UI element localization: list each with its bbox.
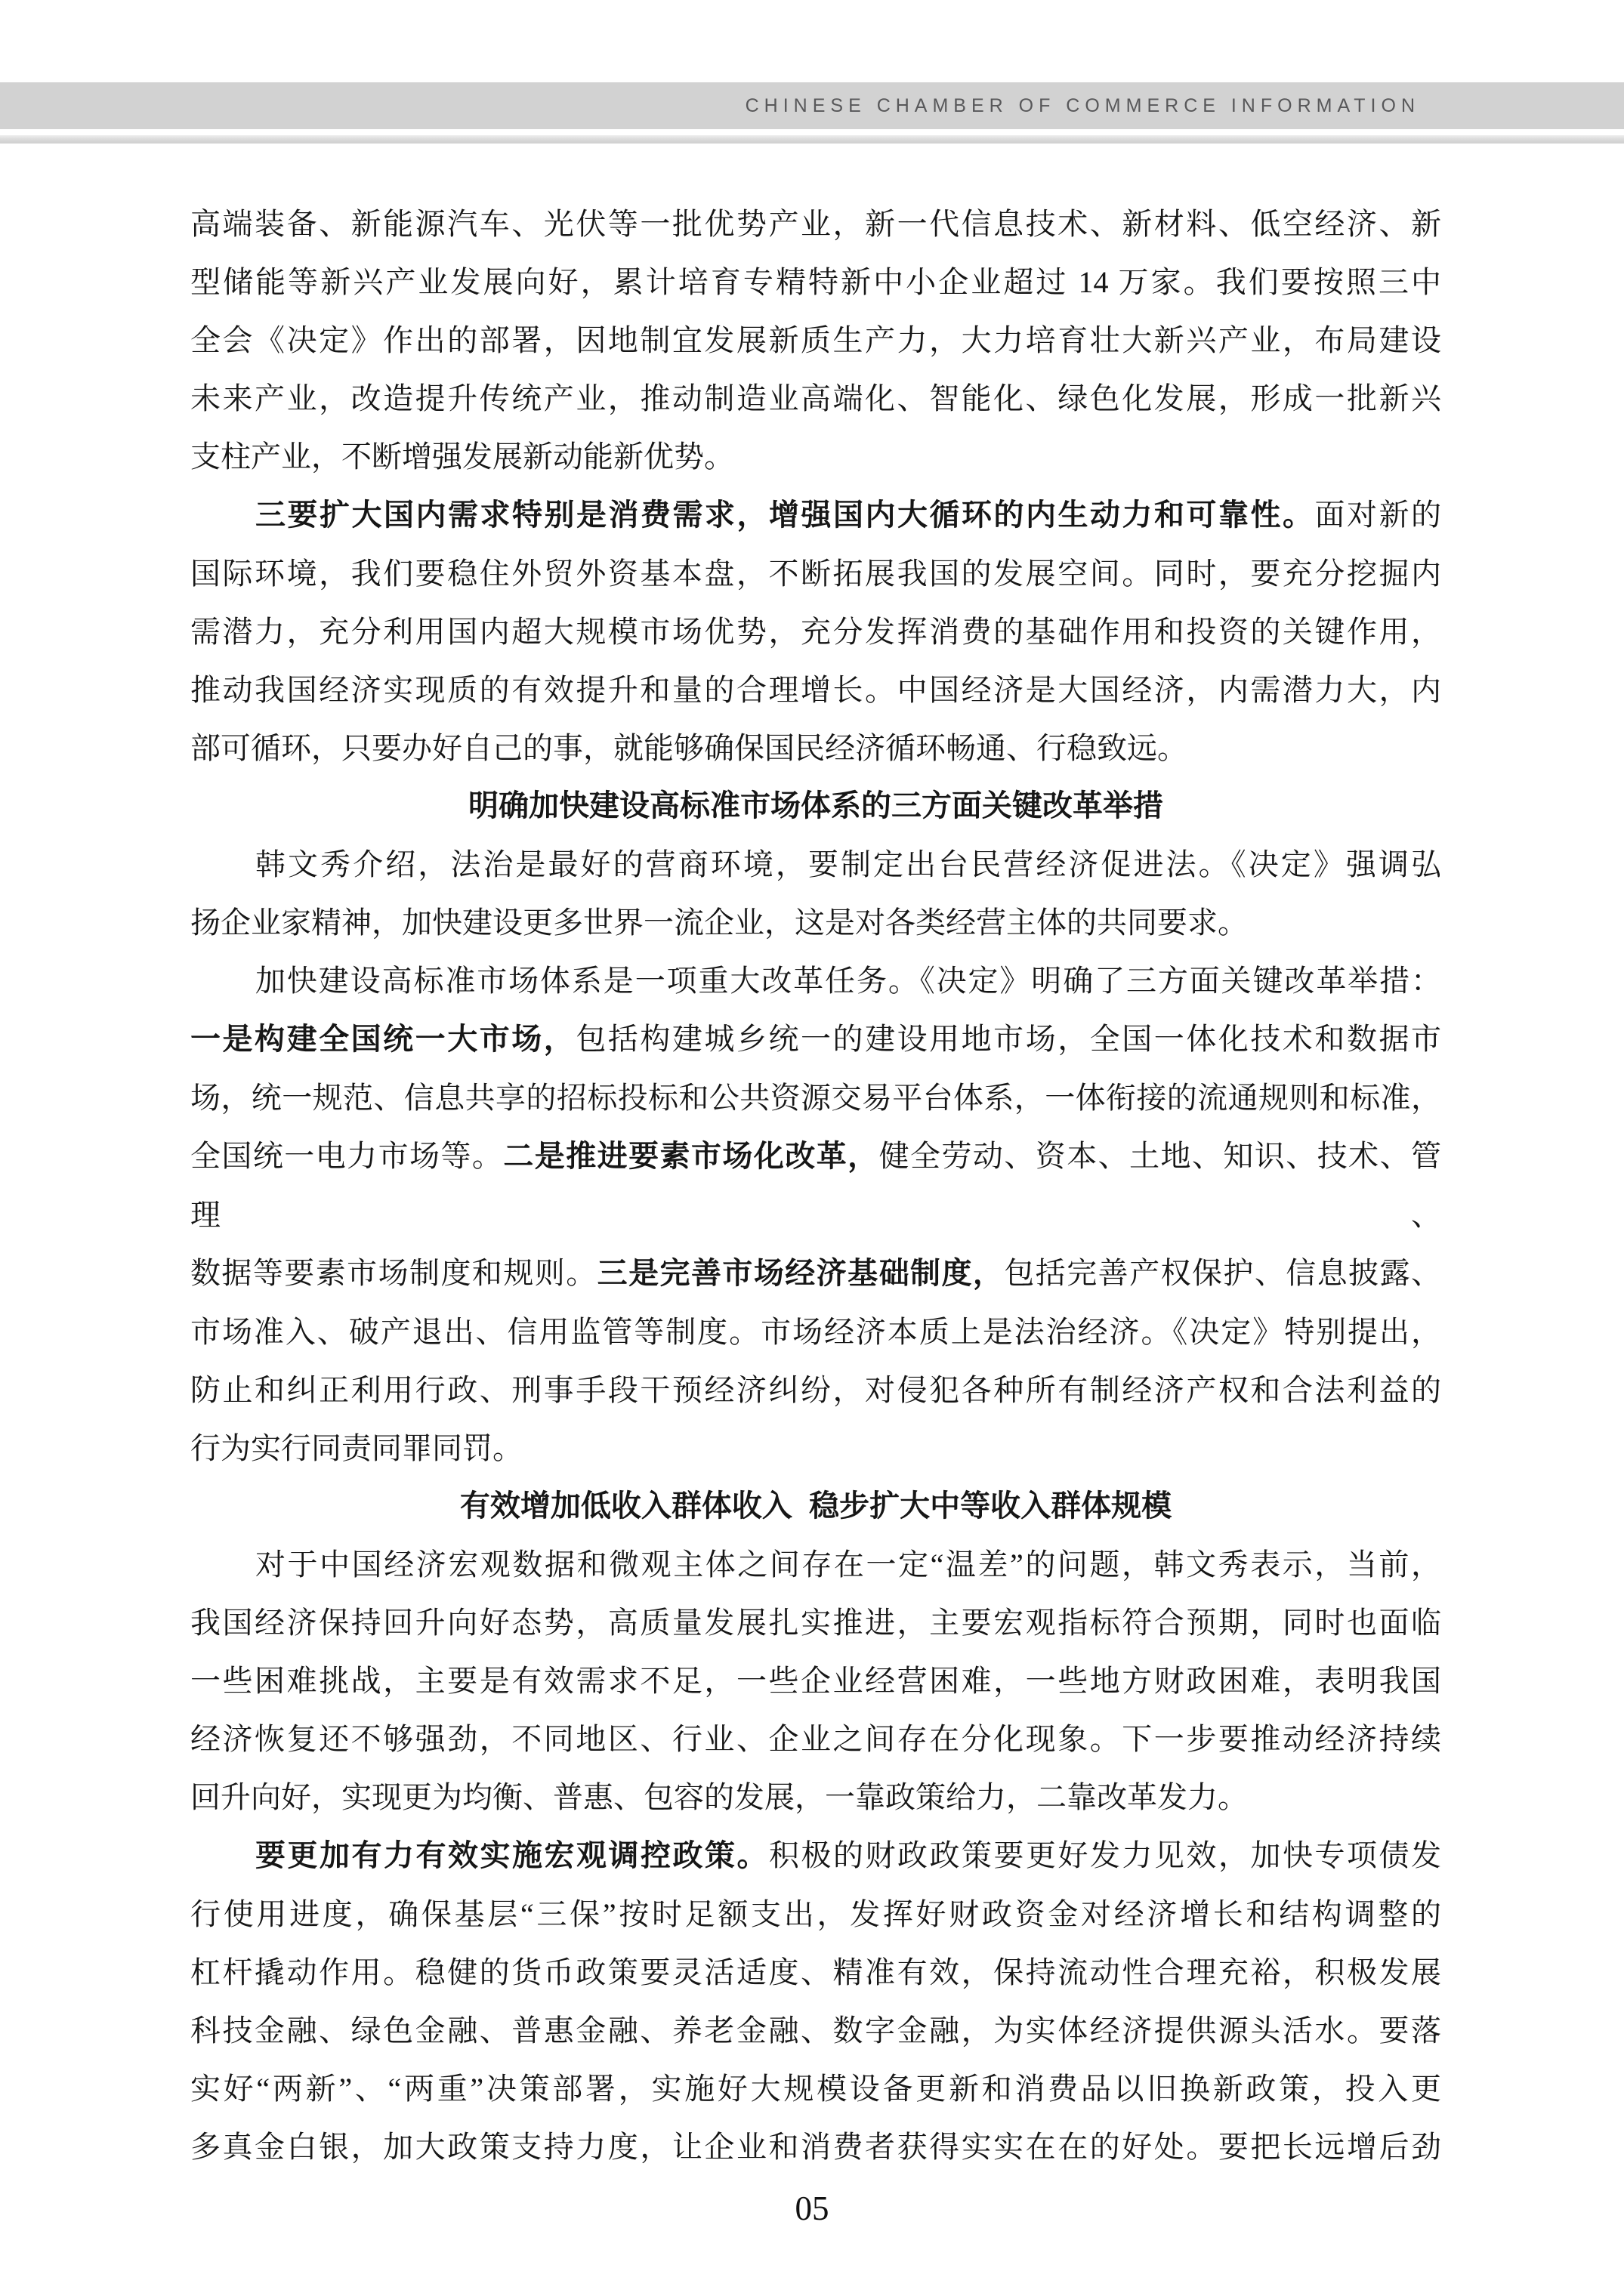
text-line: 市场准入、破产退出、信用监管等制度。市场经济本质上是法治经济。《决定》特别提出， (190, 1303, 1441, 1361)
text-segment: 国际环境，我们要稳住外贸外资基本盘，不断拓展我国的发展空间。同时，要充分挖掘内 (190, 557, 1441, 591)
text-line: 高端装备、新能源汽车、光伏等一批优势产业，新一代信息技术、新材料、低空经济、新 (190, 195, 1441, 253)
bold-text-segment: 有效增加低收入群体收入 稳步扩大中等收入群体规模 (460, 1489, 1172, 1523)
text-segment: 数据等要素市场制度和规则。 (190, 1256, 597, 1290)
text-segment: 回升向好，实现更为均衡、普惠、包容的发展，一靠政策给力，二靠改革发力。 (190, 1780, 1248, 1814)
text-segment: 对于中国经济宏观数据和微观主体之间存在一定“温差”的问题，韩文秀表示，当前， (255, 1548, 1441, 1582)
text-segment: 积极的财政政策要更好发力见效，加快专项债发 (769, 1838, 1441, 1872)
text-line: 一是构建全国统一大市场，包括构建城乡统一的建设用地市场，全国一体化技术和数据市 (190, 1010, 1441, 1069)
bold-text-segment: 要更加有力有效实施宏观调控政策。 (255, 1839, 769, 1872)
text-segment: 杠杆撬动作用。稳健的货币政策要灵活适度、精准有效，保持流动性合理充裕，积极发展 (190, 1955, 1441, 1989)
text-line: 行使用进度，确保基层“三保”按时足额支出，发挥好财政资金对经济增长和结构调整的 (190, 1885, 1441, 1943)
text-line: 行为实行同责同罪同罚。 (190, 1419, 1441, 1477)
text-segment: 包括构建城乡统一的建设用地市场，全国一体化技术和数据市 (576, 1022, 1441, 1056)
section-heading: 有效增加低收入群体收入 稳步扩大中等收入群体规模 (190, 1477, 1441, 1535)
text-line: 型储能等新兴产业发展向好，累计培育专精特新中小企业超过 14 万家。我们要按照三… (190, 253, 1441, 311)
text-segment: 高端装备、新能源汽车、光伏等一批优势产业，新一代信息技术、新材料、低空经济、新 (190, 207, 1441, 241)
text-segment: 未来产业，改造提升传统产业，推动制造业高端化、智能化、绿色化发展，形成一批新兴 (190, 381, 1441, 415)
text-line: 未来产业，改造提升传统产业，推动制造业高端化、智能化、绿色化发展，形成一批新兴 (190, 369, 1441, 427)
text-segment: 支柱产业，不断增强发展新动能新优势。 (190, 440, 734, 474)
text-line: 一些困难挑战，主要是有效需求不足，一些企业经营困难，一些地方财政困难，表明我国 (190, 1652, 1441, 1710)
text-segment: 防止和纠正利用行政、刑事手段干预经济纠纷，对侵犯各种所有制经济产权和合法利益的 (190, 1373, 1441, 1407)
text-segment: 科技金融、绿色金融、普惠金融、养老金融、数字金融，为实体经济提供源头活水。要落 (190, 2014, 1441, 2048)
text-segment: 部可循环，只要办好自己的事，就能够确保国民经济循环畅通、行稳致远。 (190, 731, 1187, 765)
text-segment: 行为实行同责同罪同罚。 (190, 1431, 523, 1465)
page-number: 05 (0, 2189, 1624, 2228)
text-line: 部可循环，只要办好自己的事，就能够确保国民经济循环畅通、行稳致远。 (190, 719, 1441, 777)
text-segment: 场，统一规范、信息共享的招标投标和公共资源交易平台体系，一体衔接的流通规则和标准… (190, 1081, 1441, 1115)
text-line: 韩文秀介绍，法治是最好的营商环境，要制定出台民营经济促进法。《决定》强调弘 (190, 835, 1441, 893)
header-banner-divider (0, 135, 1624, 144)
bold-text-segment: 一是构建全国统一大市场， (190, 1023, 576, 1056)
text-segment: 一些困难挑战，主要是有效需求不足，一些企业经营困难，一些地方财政困难，表明我国 (190, 1664, 1441, 1698)
text-line: 场，统一规范、信息共享的招标投标和公共资源交易平台体系，一体衔接的流通规则和标准… (190, 1069, 1441, 1127)
document-page: CHINESE CHAMBER OF COMMERCE INFORMATION … (0, 0, 1624, 2293)
header-banner: CHINESE CHAMBER OF COMMERCE INFORMATION (0, 82, 1624, 129)
text-line: 要更加有力有效实施宏观调控政策。积极的财政政策要更好发力见效，加快专项债发 (190, 1826, 1441, 1885)
text-line: 全国统一电力市场等。二是推进要素市场化改革，健全劳动、资本、土地、知识、技术、管… (190, 1127, 1441, 1244)
text-segment: 市场准入、破产退出、信用监管等制度。市场经济本质上是法治经济。《决定》特别提出， (190, 1315, 1441, 1349)
text-segment: 加快建设高标准市场体系是一项重大改革任务。《决定》明确了三方面关键改革举措： (255, 964, 1441, 998)
text-line: 科技金融、绿色金融、普惠金融、养老金融、数字金融，为实体经济提供源头活水。要落 (190, 2001, 1441, 2060)
text-line: 支柱产业，不断增强发展新动能新优势。 (190, 427, 1441, 486)
text-segment: 面对新的 (1315, 498, 1442, 532)
text-line: 经济恢复还不够强劲，不同地区、行业、企业之间存在分化现象。下一步要推动经济持续 (190, 1710, 1441, 1768)
bold-text-segment: 明确加快建设高标准市场体系的三方面关键改革举措 (468, 789, 1163, 822)
text-line: 防止和纠正利用行政、刑事手段干预经济纠纷，对侵犯各种所有制经济产权和合法利益的 (190, 1361, 1441, 1419)
text-segment: 型储能等新兴产业发展向好，累计培育专精特新中小企业超过 14 万家。我们要按照三… (190, 265, 1441, 299)
text-line: 回升向好，实现更为均衡、普惠、包容的发展，一靠政策给力，二靠改革发力。 (190, 1768, 1441, 1826)
text-segment: 全国统一电力市场等。 (190, 1139, 503, 1173)
text-line: 数据等要素市场制度和规则。三是完善市场经济基础制度，包括完善产权保护、信息披露、 (190, 1244, 1441, 1303)
text-line: 杠杆撬动作用。稳健的货币政策要灵活适度、精准有效，保持流动性合理充裕，积极发展 (190, 1943, 1441, 2001)
text-line: 扬企业家精神，加快建设更多世界一流企业，这是对各类经营主体的共同要求。 (190, 893, 1441, 952)
text-line: 加快建设高标准市场体系是一项重大改革任务。《决定》明确了三方面关键改革举措： (190, 952, 1441, 1010)
text-segment: 韩文秀介绍，法治是最好的营商环境，要制定出台民营经济促进法。《决定》强调弘 (255, 847, 1441, 881)
text-segment: 经济恢复还不够强劲，不同地区、行业、企业之间存在分化现象。下一步要推动经济持续 (190, 1722, 1441, 1756)
text-segment: 全会《决定》作出的部署，因地制宜发展新质生产力，大力培育壮大新兴产业，布局建设 (190, 323, 1441, 357)
text-line: 多真金白银，加大政策支持力度，让企业和消费者获得实实在在的好处。要把长远增后劲 (190, 2118, 1441, 2176)
text-segment: 扬企业家精神，加快建设更多世界一流企业，这是对各类经营主体的共同要求。 (190, 906, 1248, 940)
text-segment: 包括完善产权保护、信息披露、 (1004, 1256, 1441, 1290)
text-line: 需潜力，充分利用国内超大规模市场优势，充分发挥消费的基础作用和投资的关键作用， (190, 603, 1441, 661)
header-banner-text: CHINESE CHAMBER OF COMMERCE INFORMATION (746, 95, 1420, 117)
text-line: 实好“两新”、“两重”决策部署，实施好大规模设备更新和消费品以旧换新政策，投入更 (190, 2060, 1441, 2118)
text-segment: 我国经济保持回升向好态势，高质量发展扎实推进，主要宏观指标符合预期，同时也面临 (190, 1606, 1441, 1640)
text-line: 对于中国经济宏观数据和微观主体之间存在一定“温差”的问题，韩文秀表示，当前， (190, 1535, 1441, 1594)
bold-text-segment: 三要扩大国内需求特别是消费需求，增强国内大循环的内生动力和可靠性。 (255, 498, 1315, 532)
text-segment: 需潜力，充分利用国内超大规模市场优势，充分发挥消费的基础作用和投资的关键作用， (190, 615, 1441, 649)
document-body: 高端装备、新能源汽车、光伏等一批优势产业，新一代信息技术、新材料、低空经济、新型… (190, 195, 1441, 2176)
text-segment: 行使用进度，确保基层“三保”按时足额支出，发挥好财政资金对经济增长和结构调整的 (190, 1897, 1441, 1931)
bold-text-segment: 二是推进要素市场化改革， (503, 1140, 878, 1173)
bold-text-segment: 三是完善市场经济基础制度， (597, 1257, 1005, 1290)
text-line: 国际环境，我们要稳住外贸外资基本盘，不断拓展我国的发展空间。同时，要充分挖掘内 (190, 545, 1441, 603)
text-line: 推动我国经济实现质的有效提升和量的合理增长。中国经济是大国经济，内需潜力大，内 (190, 661, 1441, 719)
text-line: 三要扩大国内需求特别是消费需求，增强国内大循环的内生动力和可靠性。面对新的 (190, 486, 1441, 545)
text-segment: 推动我国经济实现质的有效提升和量的合理增长。中国经济是大国经济，内需潜力大，内 (190, 673, 1441, 707)
text-segment: 多真金白银，加大政策支持力度，让企业和消费者获得实实在在的好处。要把长远增后劲 (190, 2130, 1441, 2164)
section-heading: 明确加快建设高标准市场体系的三方面关键改革举措 (190, 777, 1441, 835)
text-segment: 实好“两新”、“两重”决策部署，实施好大规模设备更新和消费品以旧换新政策，投入更 (190, 2072, 1441, 2106)
text-line: 全会《决定》作出的部署，因地制宜发展新质生产力，大力培育壮大新兴产业，布局建设 (190, 311, 1441, 369)
text-line: 我国经济保持回升向好态势，高质量发展扎实推进，主要宏观指标符合预期，同时也面临 (190, 1594, 1441, 1652)
